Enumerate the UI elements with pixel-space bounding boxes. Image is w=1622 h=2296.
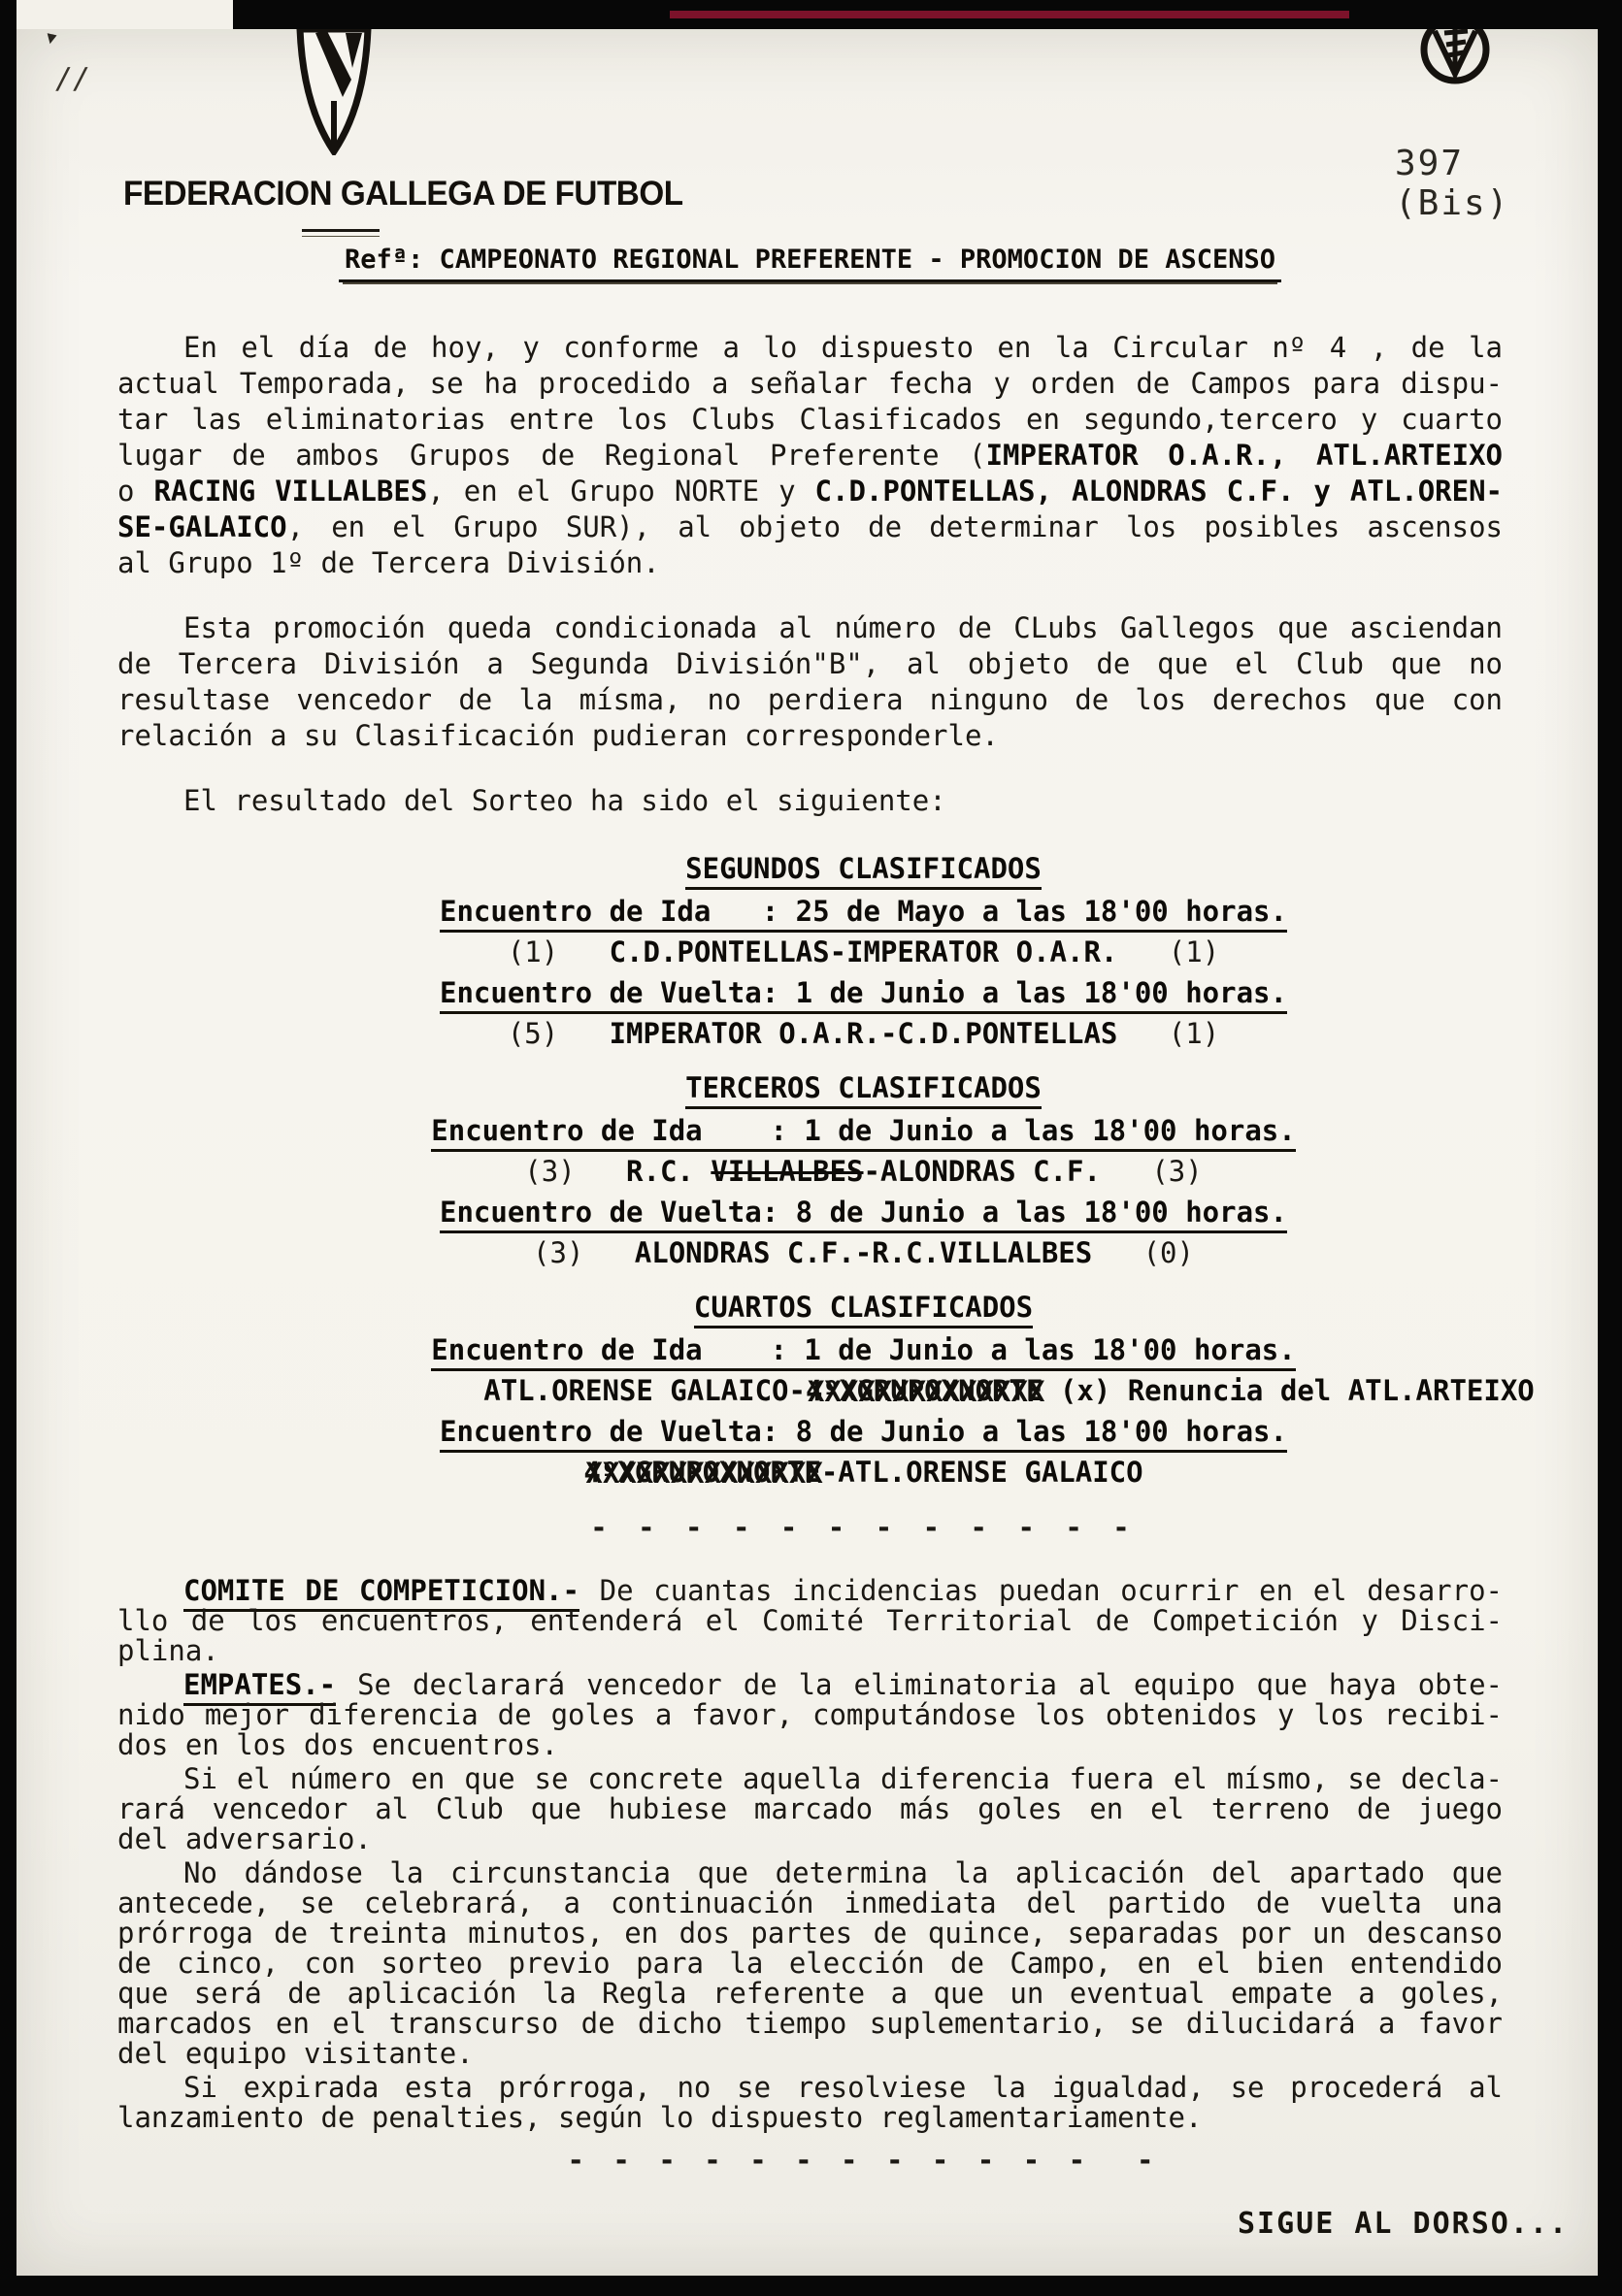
scan-red-line — [670, 11, 1349, 18]
document-line: Si el número en que se concrete aquella … — [117, 1764, 1503, 1794]
document-line: llo de los encuentros, entenderá el Comi… — [117, 1606, 1503, 1636]
federation-pennant-crest-icon — [292, 29, 376, 155]
schedule-line: Encuentro de Vuelta: 1 de Junio a las 18… — [171, 972, 1556, 1013]
schedule-line: Encuentro de Ida : 1 de Junio a las 18'0… — [171, 1110, 1556, 1151]
separator-dashes: - - - - - - - - - - - - — [171, 1506, 1556, 1549]
fixture-line: (3) R.C. VILLALBES-ALONDRAS C.F. (3) — [171, 1151, 1556, 1192]
document-line: del adversario. — [117, 1824, 1503, 1854]
sorteo-section: SEGUNDOS CLASIFICADOSEncuentro de Ida : … — [171, 848, 1556, 1054]
scan-frame: ▾ ∕∕ FEDERACION GALLEGA DE FUTBOL 397 (B… — [0, 0, 1622, 2296]
sorteo-section: CUARTOS CLASIFICADOSEncuentro de Ida : 1… — [171, 1287, 1556, 1492]
schedule-line: Encuentro de Vuelta: 8 de Junio a las 18… — [171, 1192, 1556, 1232]
document-body: En el día de hoy, y conforme a lo dispue… — [117, 330, 1503, 2181]
document-line: dos en los dos encuentros. — [117, 1730, 1503, 1760]
fixture-line: (3) ALONDRAS C.F.-R.C.VILLALBES (0) — [171, 1232, 1556, 1273]
rules-paragraph: EMPATES.- Se declarará vencedor de la el… — [117, 1670, 1503, 1760]
document-line: o RACING VILLALBES, en el Grupo NORTE y … — [117, 474, 1503, 509]
document-line: Si expirada esta prórroga, no se resolvi… — [117, 2073, 1503, 2103]
document-title: Refª: CAMPEONATO REGIONAL PREFERENTE - P… — [117, 245, 1503, 275]
section-heading: CUARTOS CLASIFICADOS — [171, 1287, 1556, 1328]
handwritten-mark: ∕∕ — [55, 62, 90, 96]
page-number: 397 (Bis) — [1395, 144, 1598, 223]
document-line: rará vencedor al Club que hubiese marcad… — [117, 1794, 1503, 1824]
intro-paragraph: En el día de hoy, y conforme a lo dispue… — [117, 330, 1503, 581]
rules-paragraph: COMITE DE COMPETICION.- De cuantas incid… — [117, 1576, 1503, 1666]
fixture-line: (1) C.D.PONTELLAS-IMPERATOR O.A.R. (1) — [171, 932, 1556, 972]
document-line: resultase vencedor de la mísma, no perdi… — [117, 682, 1503, 718]
section-heading: SEGUNDOS CLASIFICADOS — [171, 848, 1556, 889]
document-line: actual Temporada, se ha procedido a seña… — [117, 366, 1503, 402]
intro-paragraph: Esta promoción queda condicionada al núm… — [117, 610, 1503, 754]
separator-dashes: - - - - - - - - - - - - - — [171, 2139, 1556, 2181]
document-line: tar las eliminatorias entre los Clubs Cl… — [117, 402, 1503, 438]
section-heading: TERCEROS CLASIFICADOS — [171, 1067, 1556, 1108]
document-line: relación a su Clasificación pudieran cor… — [117, 718, 1503, 754]
continuation-note: SIGUE AL DORSO... — [1238, 2207, 1569, 2241]
fixture-line: 4ºXGRUPOXNORTE-ATL.ORENSE GALAICO — [171, 1452, 1556, 1492]
document-line: lugar de ambos Grupos de Regional Prefer… — [117, 438, 1503, 474]
document-line: de Tercera División a Segunda División"B… — [117, 646, 1503, 682]
schedule-line: Encuentro de Ida : 25 de Mayo a las 18'0… — [171, 891, 1556, 932]
document-line: del equipo visitante. — [117, 2039, 1503, 2069]
handwritten-mark: ▾ — [41, 29, 62, 53]
document-line: Esta promoción queda condicionada al núm… — [117, 610, 1503, 646]
document-line: prórroga de treinta minutos, en dos part… — [117, 1919, 1503, 1949]
document-line: En el día de hoy, y conforme a lo dispue… — [117, 330, 1503, 366]
schedule-line: Encuentro de Ida : 1 de Junio a las 18'0… — [171, 1329, 1556, 1370]
document-line: que será de aplicación la Regla referent… — [117, 1979, 1503, 2009]
document-line: nido mejor diferencia de goles a favor, … — [117, 1700, 1503, 1730]
rules-paragraph: Si expirada esta prórroga, no se resolvi… — [117, 2073, 1503, 2133]
org-name: FEDERACION GALLEGA DE FUTBOL — [123, 175, 683, 213]
org-underline — [302, 229, 380, 237]
document-line: plina. — [117, 1636, 1503, 1666]
sorteo-block: SEGUNDOS CLASIFICADOSEncuentro de Ida : … — [171, 848, 1556, 1492]
document-line: EMPATES.- Se declarará vencedor de la el… — [117, 1670, 1503, 1700]
document-line: El resultado del Sorteo ha sido el sigui… — [117, 783, 1503, 819]
document-line: de cinco, con sorteo previo para la elec… — [117, 1949, 1503, 1979]
document-line: No dándose la circunstancia que determin… — [117, 1858, 1503, 1888]
fixture-line: (5) IMPERATOR O.A.R.-C.D.PONTELLAS (1) — [171, 1013, 1556, 1054]
rules-block: COMITE DE COMPETICION.- De cuantas incid… — [117, 1576, 1503, 2133]
document-line: lanzamiento de penalties, según lo dispu… — [117, 2103, 1503, 2133]
intro-paragraph: El resultado del Sorteo ha sido el sigui… — [117, 783, 1503, 819]
rules-paragraph: No dándose la circunstancia que determin… — [117, 1858, 1503, 2069]
document-line: SE-GALAICO, en el Grupo SUR), al objeto … — [117, 509, 1503, 545]
sorteo-section: TERCEROS CLASIFICADOSEncuentro de Ida : … — [171, 1067, 1556, 1273]
federation-stamp-icon — [1417, 29, 1493, 89]
document-line: antecede, se celebrará, a continuación i… — [117, 1888, 1503, 1919]
fixture-line: ATL.ORENSE GALAICO-4ºXGRUPOXNORTE (x) Re… — [316, 1370, 1598, 1411]
rules-paragraph: Si el número en que se concrete aquella … — [117, 1764, 1503, 1854]
document-line: marcados en el transcurso de dicho tiemp… — [117, 2009, 1503, 2039]
document-page: ▾ ∕∕ FEDERACION GALLEGA DE FUTBOL 397 (B… — [17, 29, 1598, 2276]
scan-corner-notch — [17, 0, 233, 31]
document-line: COMITE DE COMPETICION.- De cuantas incid… — [117, 1576, 1503, 1606]
document-line: al Grupo 1º de Tercera División. — [117, 545, 1503, 581]
schedule-line: Encuentro de Vuelta: 8 de Junio a las 18… — [171, 1411, 1556, 1452]
